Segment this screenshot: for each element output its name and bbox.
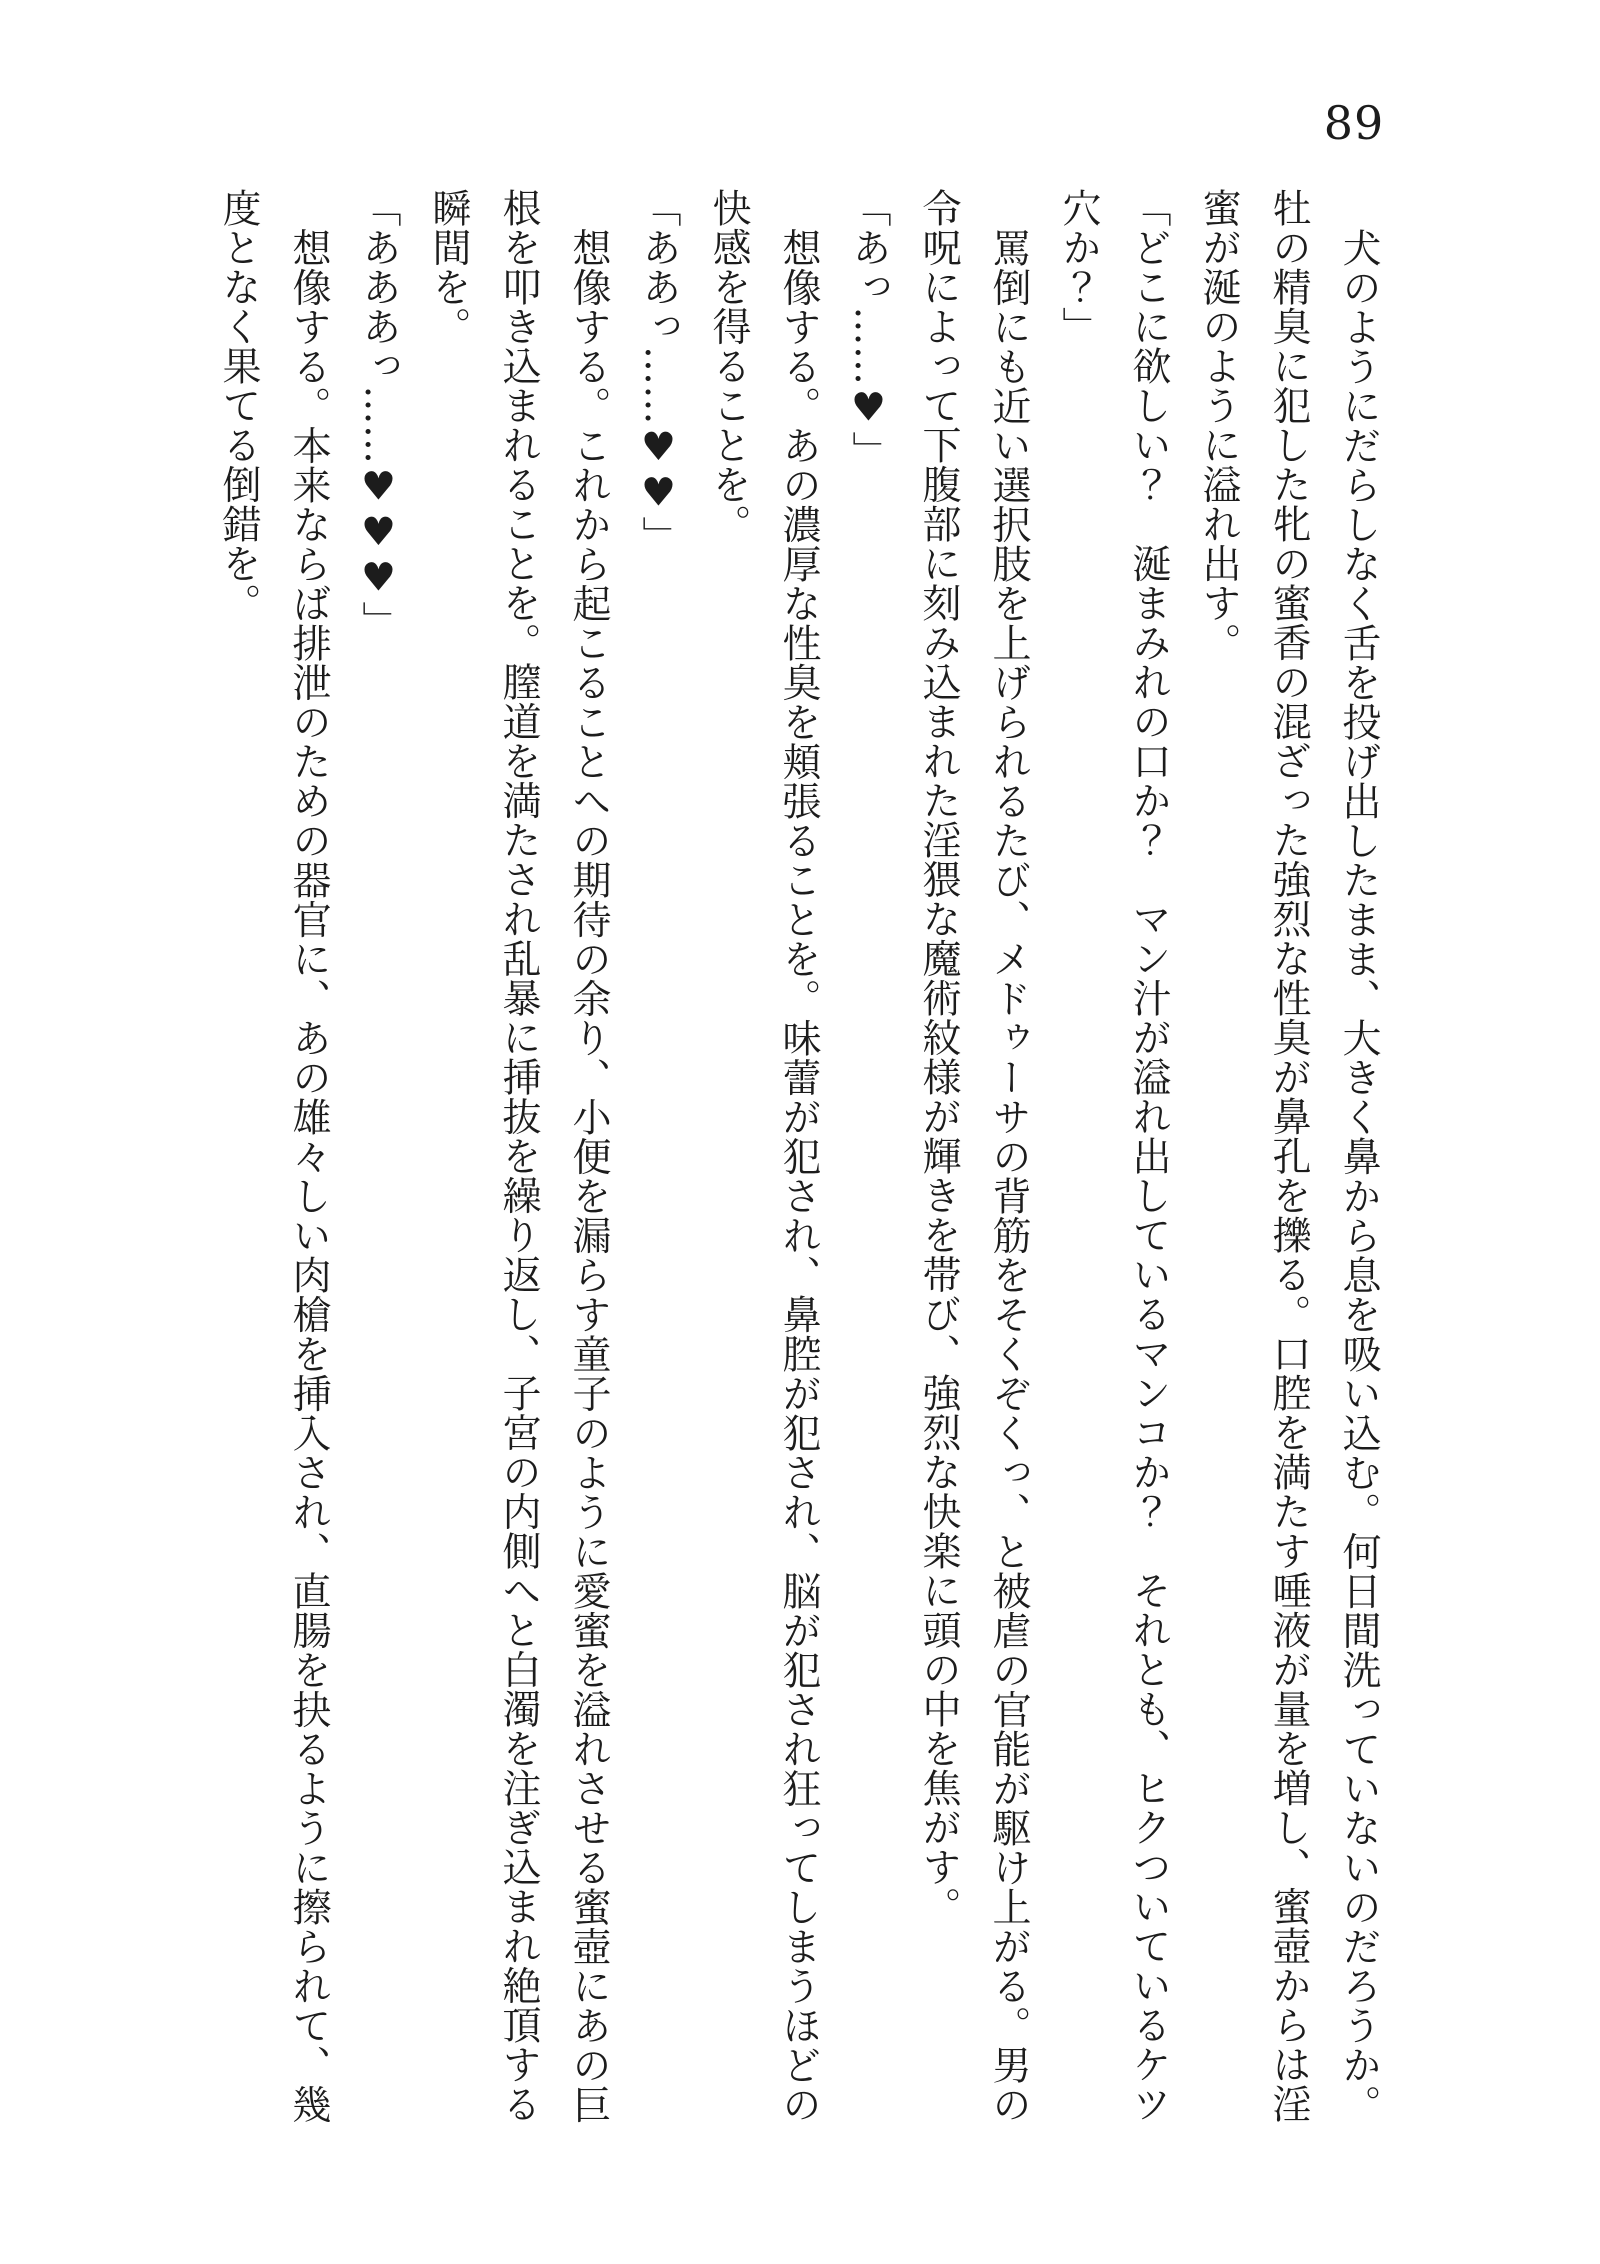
text-line: 罵倒にも近い選択肢を上げられるたび、メドゥーサの背筋をそくぞくっ、と被虐の官能が… — [988, 188, 1028, 2133]
text-line: 「あっ……♥」 — [848, 188, 888, 2133]
book-page: 89 犬のようにだらしなく舌を投げ出したまま、大きく鼻から息を吸い込む。何日間洗… — [0, 0, 1600, 2264]
text-block: 犬のようにだらしなく舌を投げ出したまま、大きく鼻から息を吸い込む。何日間洗ってい… — [188, 188, 1378, 2133]
text-line: 瞬間を。 — [428, 188, 468, 2133]
page-number: 89 — [1298, 100, 1410, 146]
text-line: 根を叩き込まれることを。膣道を満たされ乱暴に挿抜を繰り返し、子宮の内側へと白濁を… — [498, 188, 538, 2133]
text-line: 犬のようにだらしなく舌を投げ出したまま、大きく鼻から息を吸い込む。何日間洗ってい… — [1338, 188, 1378, 2133]
text-line: 穴か？」 — [1058, 188, 1098, 2133]
text-line: 「どこに欲しい？ 涎まみれの口か？ マン汁が溢れ出しているマンコか？ それとも、… — [1128, 188, 1168, 2133]
text-line: 快感を得ることを。 — [708, 188, 748, 2133]
text-line: 蜜が涎のように溢れ出す。 — [1198, 188, 1238, 2133]
text-line: 令呪によって下腹部に刻み込まれた淫猥な魔術紋様が輝きを帯び、強烈な快楽に頭の中を… — [918, 188, 958, 2133]
text-line: 想像する。本来ならば排泄のための器官に、あの雄々しい肉槍を挿入され、直腸を抉るよ… — [288, 188, 328, 2133]
text-line: 牡の精臭に犯した牝の蜜香の混ざった強烈な性臭が鼻孔を擽る。口腔を満たす唾液が量を… — [1268, 188, 1308, 2133]
text-line: 想像する。これから起こることへの期待の余り、小便を漏らす童子のように愛蜜を溢れさ… — [568, 188, 608, 2133]
text-line: 「ああっ……♥♥」 — [638, 188, 678, 2133]
text-line: 想像する。あの濃厚な性臭を頬張ることを。味蕾が犯され、鼻腔が犯され、脳が犯され狂… — [778, 188, 818, 2133]
text-line: 「あああっ……♥♥♥」 — [358, 188, 398, 2133]
text-line: 度となく果てる倒錯を。 — [218, 188, 258, 2133]
